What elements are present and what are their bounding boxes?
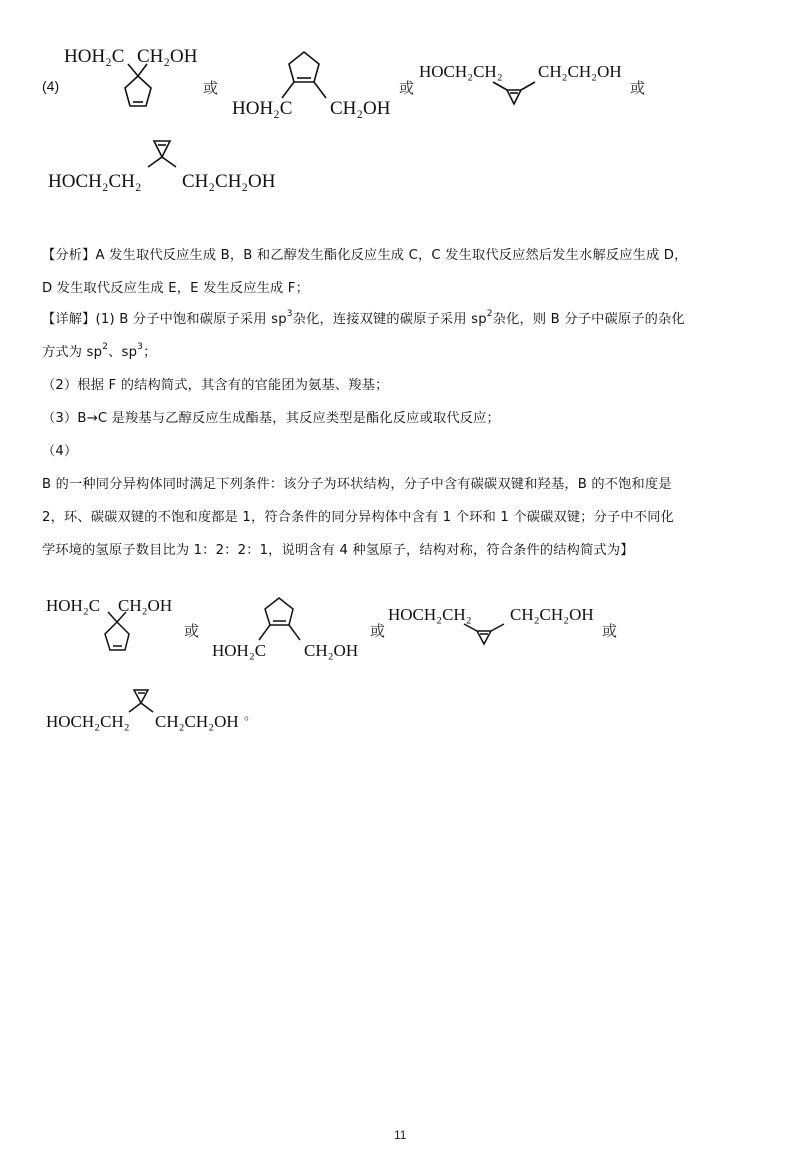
cyclopropene-ring-icon bbox=[490, 80, 540, 120]
left-group: HOH₂C bbox=[232, 98, 292, 120]
left-group: HOCH₂CH₂ bbox=[419, 62, 503, 82]
right-group: CH₂CH₂OH bbox=[510, 605, 594, 625]
or-separator: 或 bbox=[203, 77, 218, 98]
detail-part-3: （3）B→C 是羧基与乙醇反应生成酯基，其反应类型是酯化反应或取代反应； bbox=[42, 402, 772, 435]
analysis-section: 【分析】A 发生取代反应生成 B，B 和乙醇发生酯化反应生成 C，C 发生取代反… bbox=[42, 239, 772, 305]
detail-part-1-line-1: 【详解】(1) B 分子中饱和碳原子采用 sp3杂化，连接双键的碳原子采用 sp… bbox=[42, 303, 772, 336]
detail-part-2: （2）根据 F 的结构简式，其含有的官能团为氨基、羧基； bbox=[42, 369, 772, 402]
detail-part-1-line-2: 方式为 sp2、sp3； bbox=[42, 336, 772, 369]
or-separator: 或 bbox=[399, 77, 414, 98]
detail-section: 【详解】(1) B 分子中饱和碳原子采用 sp3杂化，连接双键的碳原子采用 sp… bbox=[42, 303, 772, 567]
cyclopentene-ring-icon bbox=[92, 608, 147, 664]
cyclopropene-ring-icon bbox=[461, 622, 511, 662]
or-separator: 或 bbox=[602, 620, 617, 641]
or-separator: 或 bbox=[630, 77, 645, 98]
right-group: CH₂OH bbox=[330, 98, 390, 120]
left-group: HOH₂C bbox=[212, 641, 266, 661]
or-separator: 或 bbox=[184, 620, 199, 641]
question-label: (4) bbox=[42, 78, 59, 94]
detail-part-4-line-3: 学环境的氢原子数目比为 1：2：2：1，说明含有 4 种氢原子，结构对称，符合条… bbox=[42, 534, 772, 567]
cyclopentene-ring-icon bbox=[110, 60, 170, 120]
page-number: 11 bbox=[394, 1128, 406, 1142]
right-group: CH₂CH₂OH bbox=[155, 712, 239, 732]
detail-part-4-line-2: 2，环、碳碳双键的不饱和度都是 1，符合条件的同分异构体中含有 1 个环和 1 … bbox=[42, 501, 772, 534]
right-group: CH₂CH₂OH bbox=[182, 171, 275, 193]
detail-part-4-line-1: B 的一种同分异构体同时满足下列条件：该分子为环状结构，分子中含有碳碳双键和羟基… bbox=[42, 468, 772, 501]
left-group: HOCH₂CH₂ bbox=[48, 171, 141, 193]
right-group: CH₂CH₂OH bbox=[538, 62, 622, 82]
detail-part-4-label: （4） bbox=[42, 435, 772, 468]
or-separator: 或 bbox=[370, 620, 385, 641]
left-group: HOCH₂CH₂ bbox=[388, 605, 472, 625]
right-group: CH₂OH bbox=[304, 641, 358, 661]
analysis-line-1: 【分析】A 发生取代反应生成 B，B 和乙醇发生酯化反应生成 C，C 发生取代反… bbox=[42, 239, 772, 272]
left-group: HOCH₂CH₂ bbox=[46, 712, 130, 732]
analysis-line-2: D 发生取代反应生成 E，E 发生反应生成 F； bbox=[42, 272, 772, 305]
end-mark: 。 bbox=[244, 704, 257, 723]
